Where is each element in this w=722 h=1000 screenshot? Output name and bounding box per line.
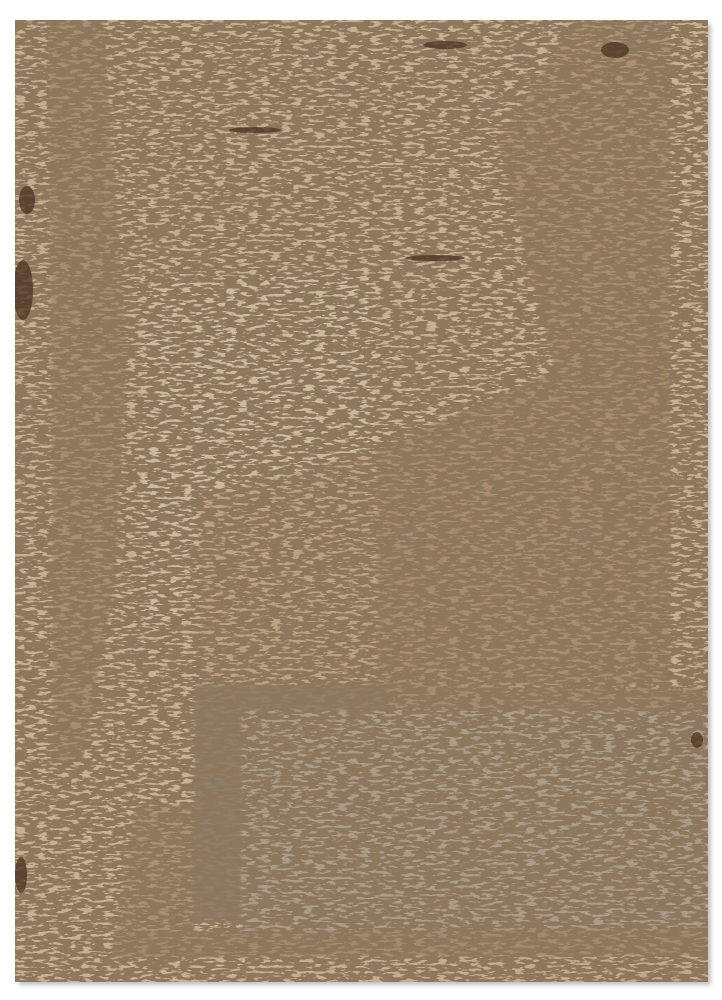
- image-description: Rectangular rug with overlapping geometr…: [0, 0, 1, 1]
- rug-speckle-texture: [15, 20, 708, 982]
- rug-image: [15, 20, 708, 982]
- product-photo: Rectangular rug with overlapping geometr…: [0, 0, 722, 1000]
